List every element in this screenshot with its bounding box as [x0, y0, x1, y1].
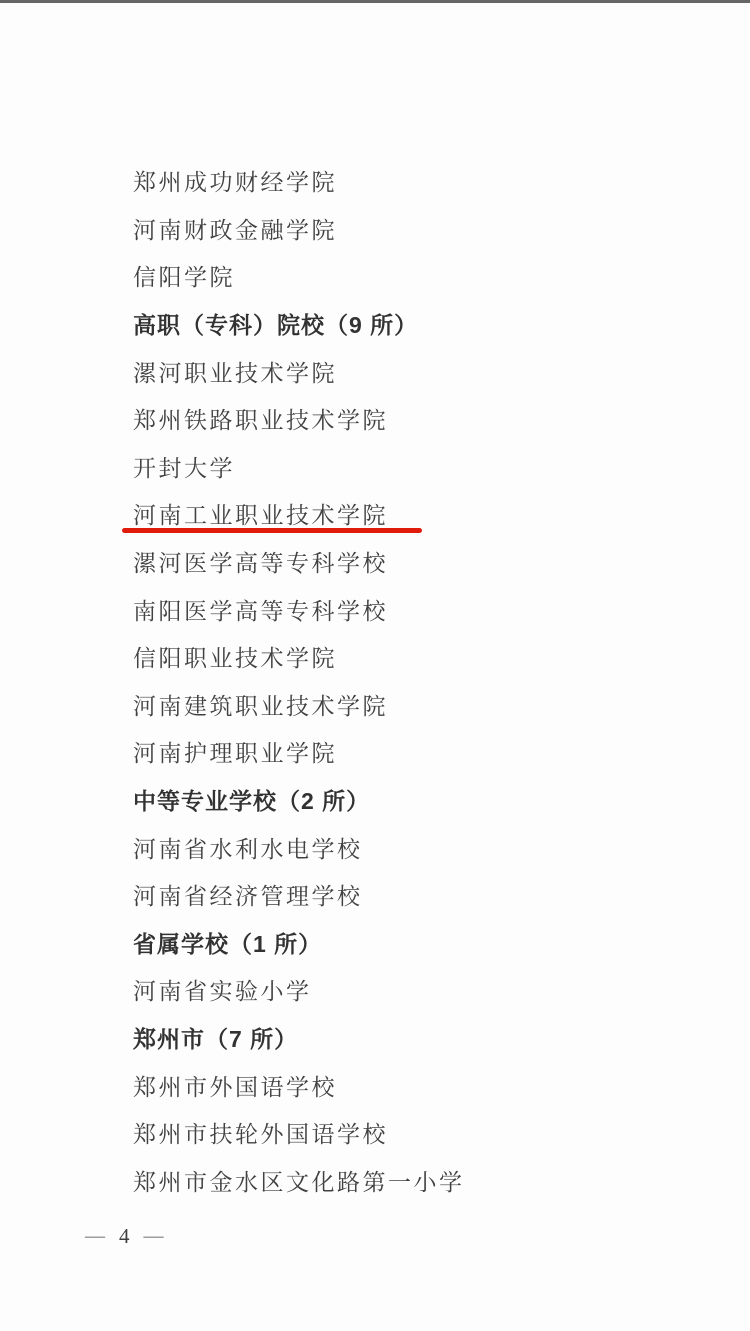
section-heading-zhengzhou: 郑州市（7 所） — [133, 1014, 693, 1062]
list-item: 郑州成功财经学院 — [133, 157, 693, 205]
list-item: 漯河医学高等专科学校 — [133, 538, 693, 586]
list-item: 漯河职业技术学院 — [133, 347, 693, 395]
list-item: 河南财政金融学院 — [133, 205, 693, 253]
top-edge-bar — [0, 0, 750, 3]
scanned-document-page: 郑州成功财经学院 河南财政金融学院 信阳学院 高职（专科）院校（9 所） 漯河职… — [0, 0, 750, 1331]
school-list: 郑州成功财经学院 河南财政金融学院 信阳学院 高职（专科）院校（9 所） 漯河职… — [133, 157, 693, 1204]
section-heading-shengshu: 省属学校（1 所） — [133, 919, 693, 967]
list-item: 郑州铁路职业技术学院 — [133, 395, 693, 443]
page-number: 4 — [119, 1224, 130, 1249]
list-item-red-underlined: 河南工业职业技术学院 — [133, 490, 693, 538]
list-item: 郑州市金水区文化路第一小学 — [133, 1156, 693, 1204]
section-heading-zhongdeng: 中等专业学校（2 所） — [133, 776, 693, 824]
footer-left-dash: — — [85, 1227, 105, 1245]
list-item: 郑州市外国语学校 — [133, 1061, 693, 1109]
list-item: 河南省水利水电学校 — [133, 823, 693, 871]
footer-right-dash: — — [144, 1227, 164, 1245]
list-item: 河南省经济管理学校 — [133, 871, 693, 919]
list-item: 郑州市扶轮外国语学校 — [133, 1109, 693, 1157]
section-heading-gaozhi: 高职（专科）院校（9 所） — [133, 300, 693, 348]
page-footer: — 4 — — [85, 1223, 164, 1249]
list-item: 河南护理职业学院 — [133, 728, 693, 776]
list-item: 信阳职业技术学院 — [133, 633, 693, 681]
list-item: 河南建筑职业技术学院 — [133, 681, 693, 729]
list-item: 开封大学 — [133, 443, 693, 491]
list-item: 河南省实验小学 — [133, 966, 693, 1014]
list-item: 南阳医学高等专科学校 — [133, 585, 693, 633]
list-item: 信阳学院 — [133, 252, 693, 300]
